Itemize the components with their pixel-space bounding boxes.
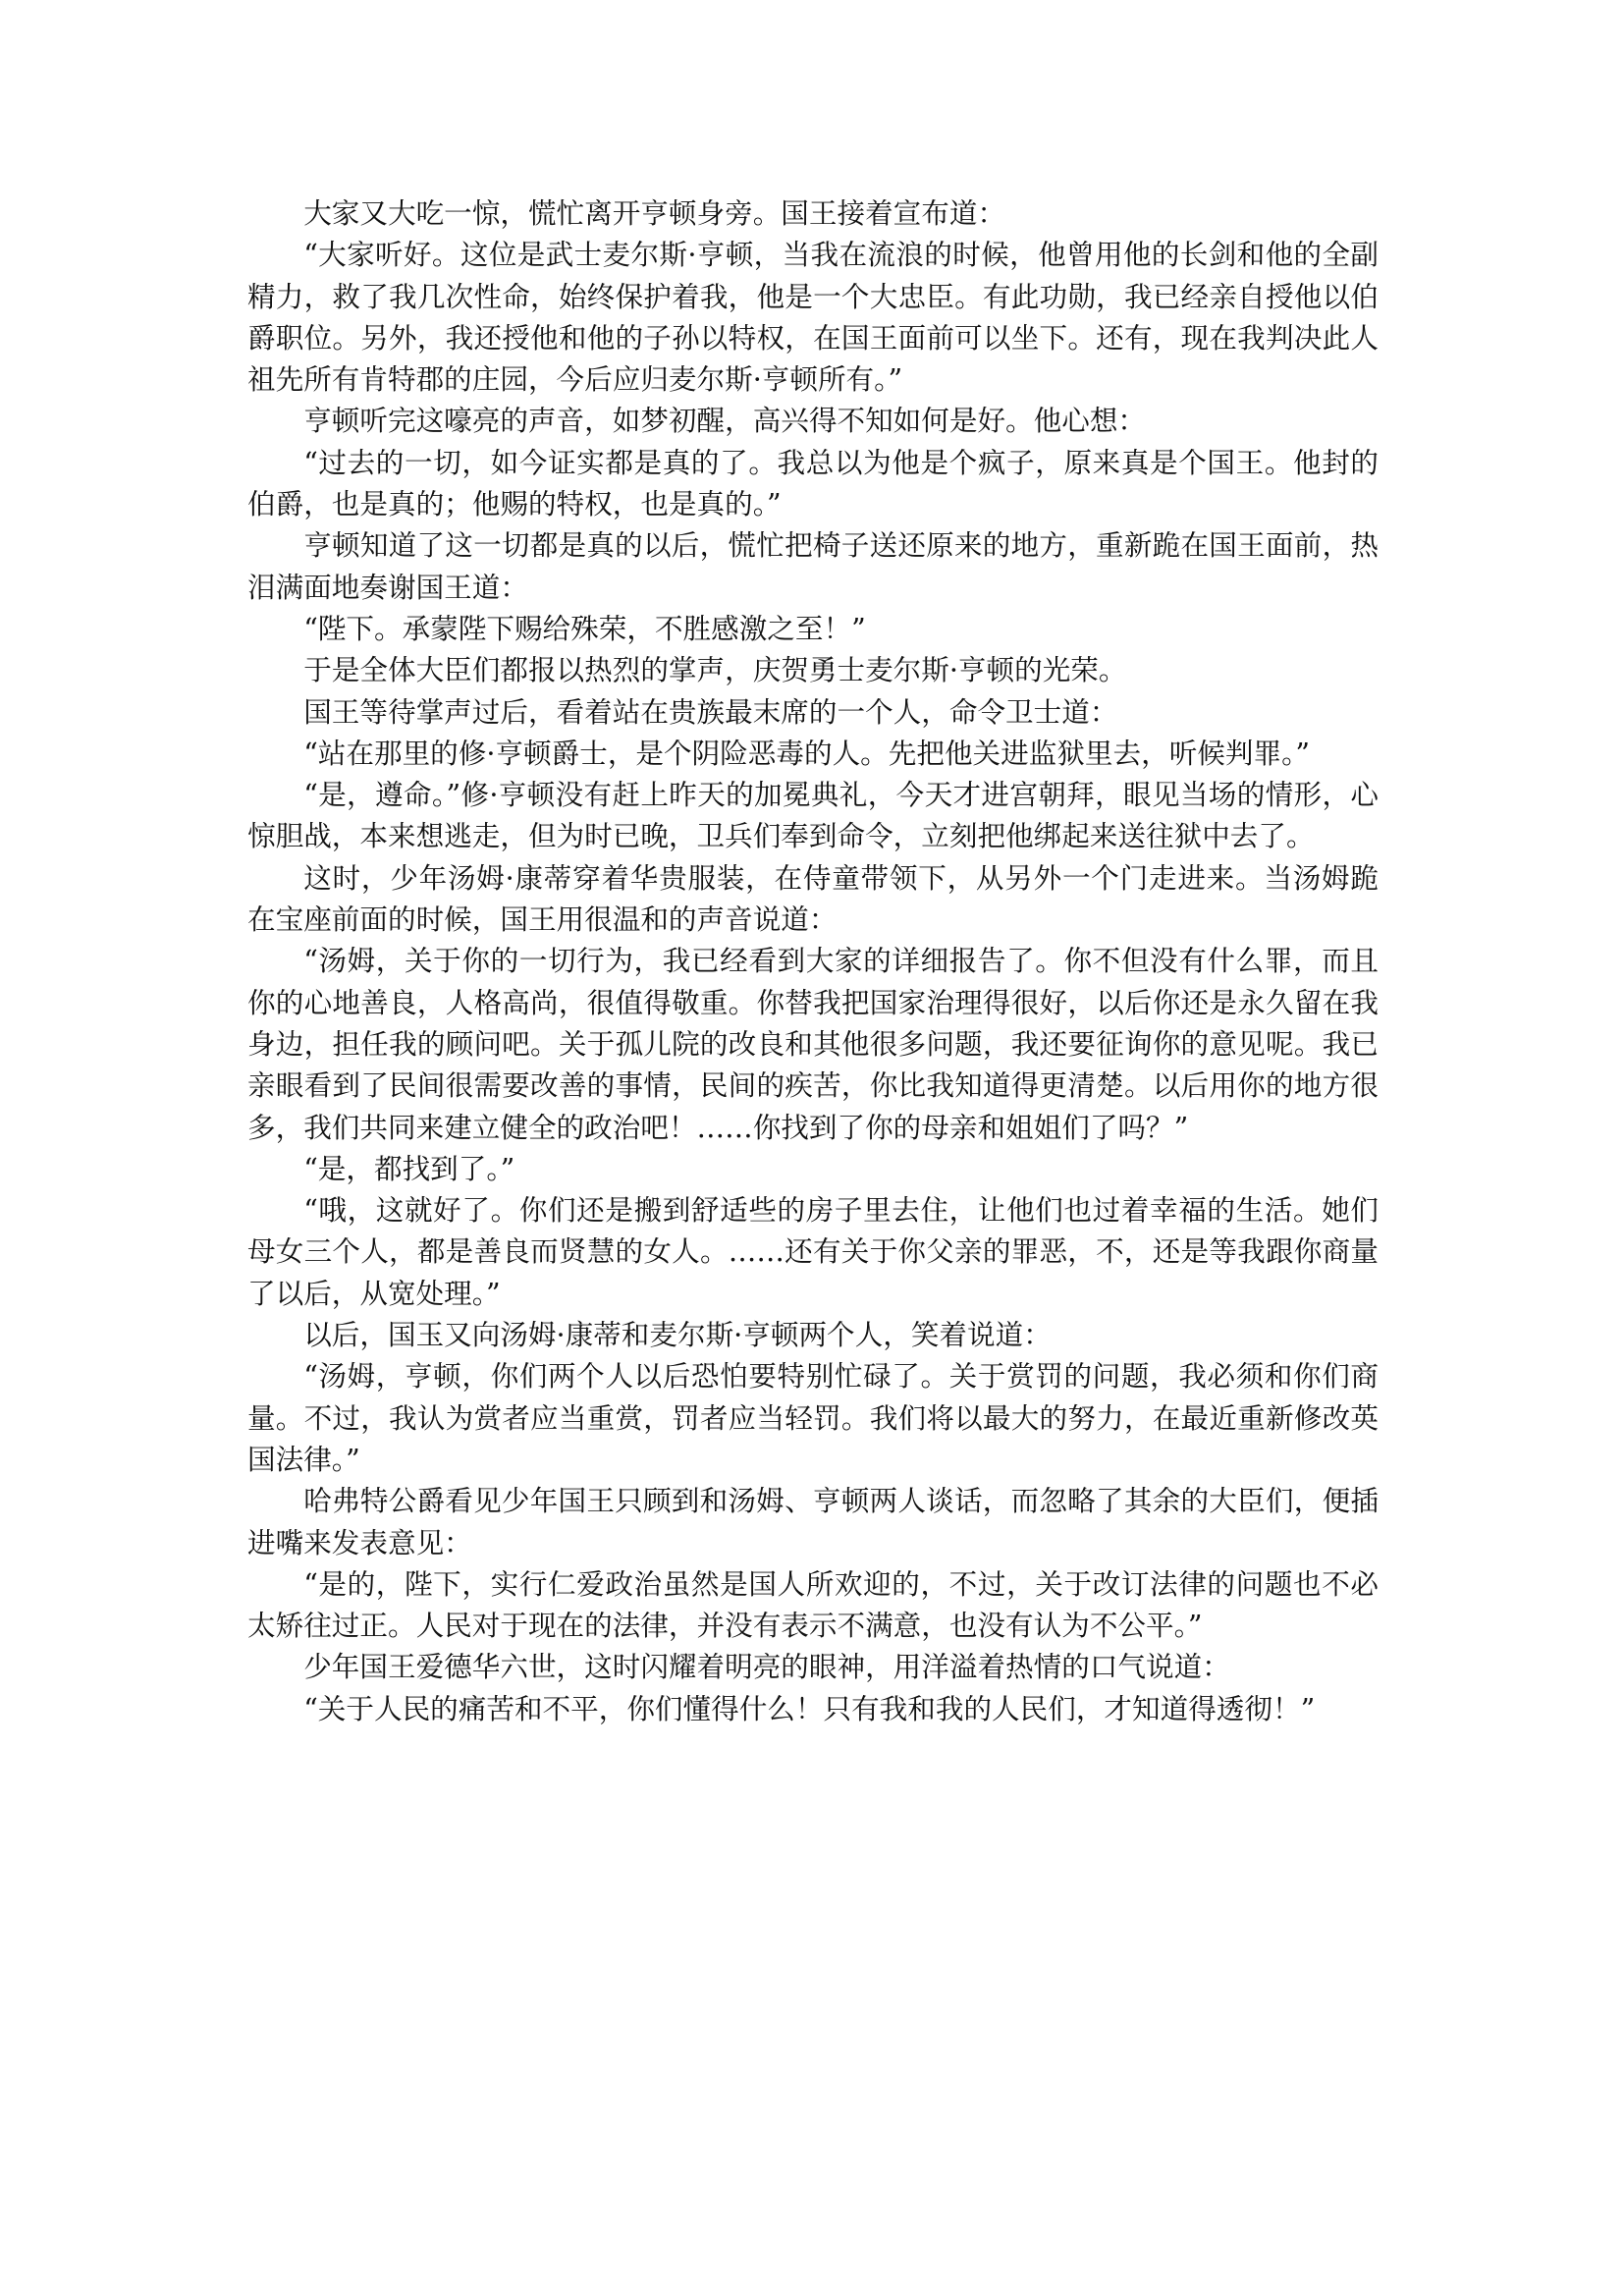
paragraph: 亨顿听完这嚎亮的声音，如梦初醒，高兴得不知如何是好。他心想： xyxy=(247,400,1379,441)
paragraph: 以后，国玉又向汤姆·康蒂和麦尔斯·亨顿两个人，笑着说道： xyxy=(247,1314,1379,1355)
paragraph: 这时，少年汤姆·康蒂穿着华贵服装，在侍童带领下，从另外一个门走进来。当汤姆跪在宝… xyxy=(247,857,1379,941)
paragraph: 亨顿知道了这一切都是真的以后，慌忙把椅子送还原来的地方，重新跪在国王面前，热泪满… xyxy=(247,524,1379,608)
paragraph: “汤姆，关于你的一切行为，我已经看到大家的详细报告了。你不但没有什么罪，而且你的… xyxy=(247,940,1379,1147)
paragraph: “大家听好。这位是武士麦尔斯·亨顿，当我在流浪的时候，他曾用他的长剑和他的全副精… xyxy=(247,234,1379,400)
paragraph: “汤姆，亨顿，你们两个人以后恐怕要特别忙碌了。关于赏罚的问题，我必须和你们商量。… xyxy=(247,1355,1379,1480)
document-page: 大家又大吃一惊，慌忙离开亨顿身旁。国王接着宣布道： “大家听好。这位是武士麦尔斯… xyxy=(247,192,1379,1729)
paragraph: “陛下。承蒙陛下赐给殊荣，不胜感激之至！” xyxy=(247,608,1379,649)
paragraph: 于是全体大臣们都报以热烈的掌声，庆贺勇士麦尔斯·亨顿的光荣。 xyxy=(247,649,1379,690)
paragraph: “过去的一切，如今证实都是真的了。我总以为他是个疯子，原来真是个国王。他封的伯爵… xyxy=(247,442,1379,525)
paragraph: “是的，陛下，实行仁爱政治虽然是国人所欢迎的，不过，关于改订法律的问题也不必太矫… xyxy=(247,1563,1379,1647)
paragraph: “是，都找到了。” xyxy=(247,1148,1379,1189)
paragraph: “哦，这就好了。你们还是搬到舒适些的房子里去住，让他们也过着幸福的生活。她们母女… xyxy=(247,1189,1379,1314)
paragraph: 哈弗特公爵看见少年国王只顾到和汤姆、亨顿两人谈话，而忽略了其余的大臣们，便插进嘴… xyxy=(247,1480,1379,1563)
paragraph: “关于人民的痛苦和不平，你们懂得什么！只有我和我的人民们，才知道得透彻！” xyxy=(247,1688,1379,1729)
paragraph: “是，遵命。”修·亨顿没有赶上昨天的加冕典礼，今天才进宫朝拜，眼见当场的情形，心… xyxy=(247,774,1379,857)
paragraph: 国王等待掌声过后，看着站在贵族最末席的一个人，命令卫士道： xyxy=(247,691,1379,733)
paragraph: 少年国王爱德华六世，这时闪耀着明亮的眼神，用洋溢着热情的口气说道： xyxy=(247,1646,1379,1687)
paragraph: 大家又大吃一惊，慌忙离开亨顿身旁。国王接着宣布道： xyxy=(247,192,1379,234)
paragraph: “站在那里的修·亨顿爵士，是个阴险恶毒的人。先把他关进监狱里去，听候判罪。” xyxy=(247,733,1379,774)
